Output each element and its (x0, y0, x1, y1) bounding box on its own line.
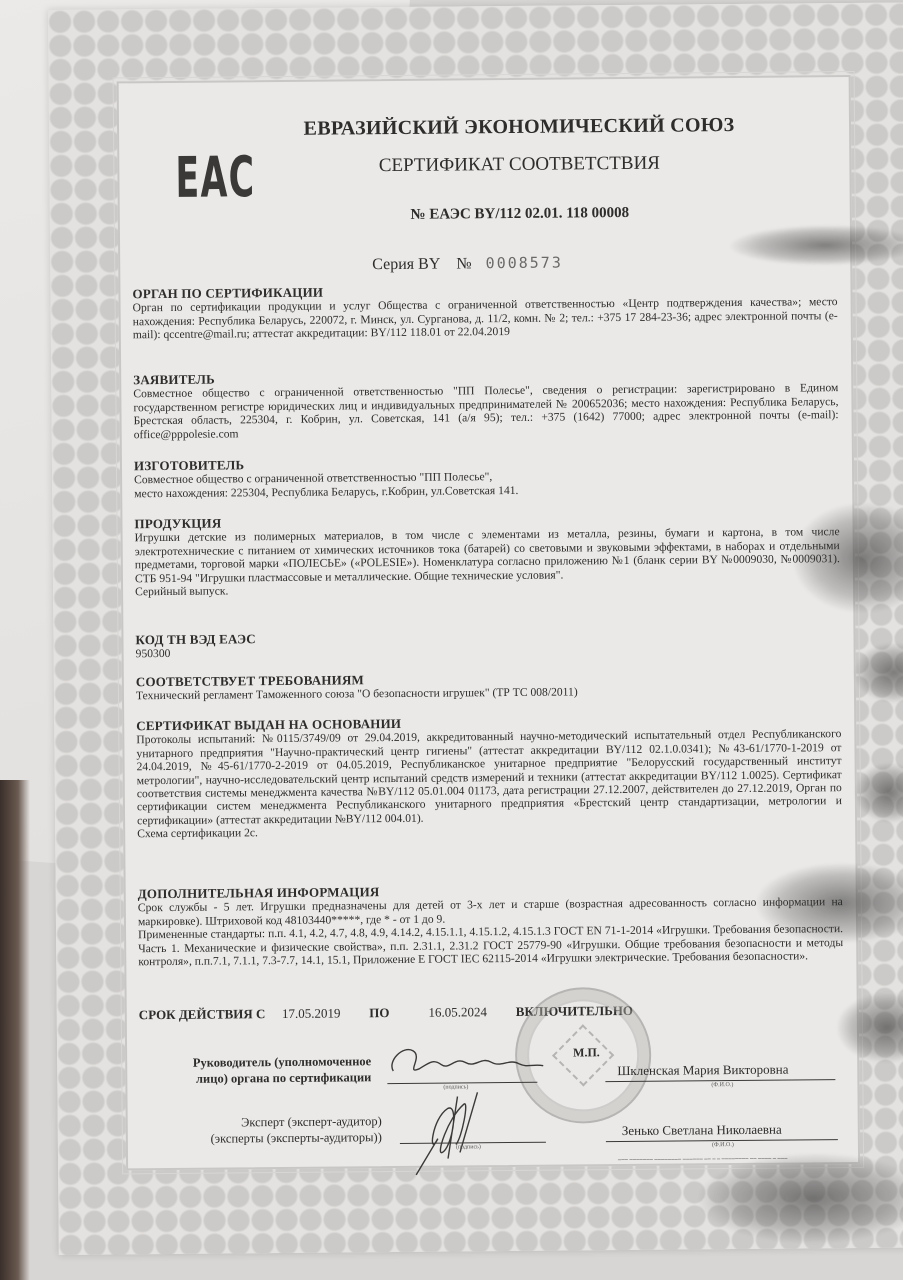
certificate-title: СЕРТИФИКАТ СООТВЕТСТВИЯ (269, 152, 769, 178)
section-text: Протоколы испытаний: №0115/3749/09 от 29… (136, 728, 842, 828)
stamp-label: М.П. (573, 1045, 600, 1060)
section-applicant: ЗАЯВИТЕЛЬ Совместное общество с ограниче… (133, 367, 839, 441)
section-hs-code: КОД ТН ВЭД ЕАЭС 950300 (135, 627, 840, 661)
expert-name: Зенько Светлана Николаевна (622, 1122, 782, 1139)
head-label-line: лицо) органа по сертификации (137, 1069, 371, 1087)
expert-label-line: (эксперты (эксперты-аудиторы)) (138, 1129, 382, 1147)
validity-to-label: ПО (369, 1005, 389, 1020)
section-text: Орган по сертификации продукции и услуг … (133, 296, 838, 342)
expert-label: Эксперт (эксперт-аудитор) (эксперты (экс… (138, 1113, 382, 1147)
background-surface (0, 780, 30, 1280)
section-basis: СЕРТИФИКАТ ВЫДАН НА ОСНОВАНИИ Протоколы … (136, 713, 842, 841)
section-additional: ДОПОЛНИТЕЛЬНАЯ ИНФОРМАЦИЯ Срок службы - … (138, 881, 844, 969)
name-caption: (Ф.И.О.) (711, 1082, 733, 1088)
series-label: Серия BY (372, 256, 440, 274)
validity-to-date: 16.05.2024 (428, 1004, 512, 1021)
head-label: Руководитель (уполномоченное лицо) орган… (137, 1053, 371, 1087)
section-manufacturer: ИЗГОТОВИТЕЛЬ Совместное общество с огран… (134, 453, 839, 500)
validity-line: СРОК ДЕЙСТВИЯ С 17.05.2019 ПО 16.05.2024… (139, 1002, 739, 1023)
section-requirements: СООТВЕТСТВУЕТ ТРЕБОВАНИЯМ Технический ре… (136, 669, 841, 703)
validity-from-date: 17.05.2019 (282, 1005, 366, 1022)
section-text: Игрушки детские из полимерных материалов… (135, 526, 840, 586)
certificate-sheet: ЕАС ЕВРАЗИЙСКИЙ ЭКОНОМИЧЕСКИЙ СОЮЗ СЕРТИ… (48, 2, 903, 1254)
section-text: Примененные стандарты: п.п. 4.1, 4.2, 4.… (138, 922, 843, 968)
series-number: 0008573 (486, 254, 563, 273)
section-text: Совместное общество с ограниченной ответ… (133, 382, 838, 442)
name-caption: (Ф.И.О.) (712, 1142, 734, 1148)
section-product: ПРОДУКЦИЯ Игрушки детские из полимерных … (134, 511, 840, 599)
series-no-sign: № (456, 255, 471, 272)
union-title: ЕВРАЗИЙСКИЙ ЭКОНОМИЧЕСКИЙ СОЮЗ (269, 114, 769, 141)
series-line: Серия BY№0008573 (372, 254, 563, 275)
head-name: Шкленская Мария Викторовна (617, 1062, 788, 1079)
section-certification-body: ОРГАН ПО СЕРТИФИКАЦИИ Орган по сертифика… (132, 281, 837, 342)
certificate-number: № ЕАЭС BY/112 02.01. 118 00008 (270, 204, 770, 225)
eac-logo-icon: ЕАС (175, 150, 255, 207)
signature-caption: (подпись) (456, 1144, 481, 1150)
expert-signature-icon (407, 1088, 518, 1179)
head-signature-icon (383, 1042, 553, 1083)
validity-from-label: СРОК ДЕЙСТВИЯ С (139, 1006, 266, 1022)
